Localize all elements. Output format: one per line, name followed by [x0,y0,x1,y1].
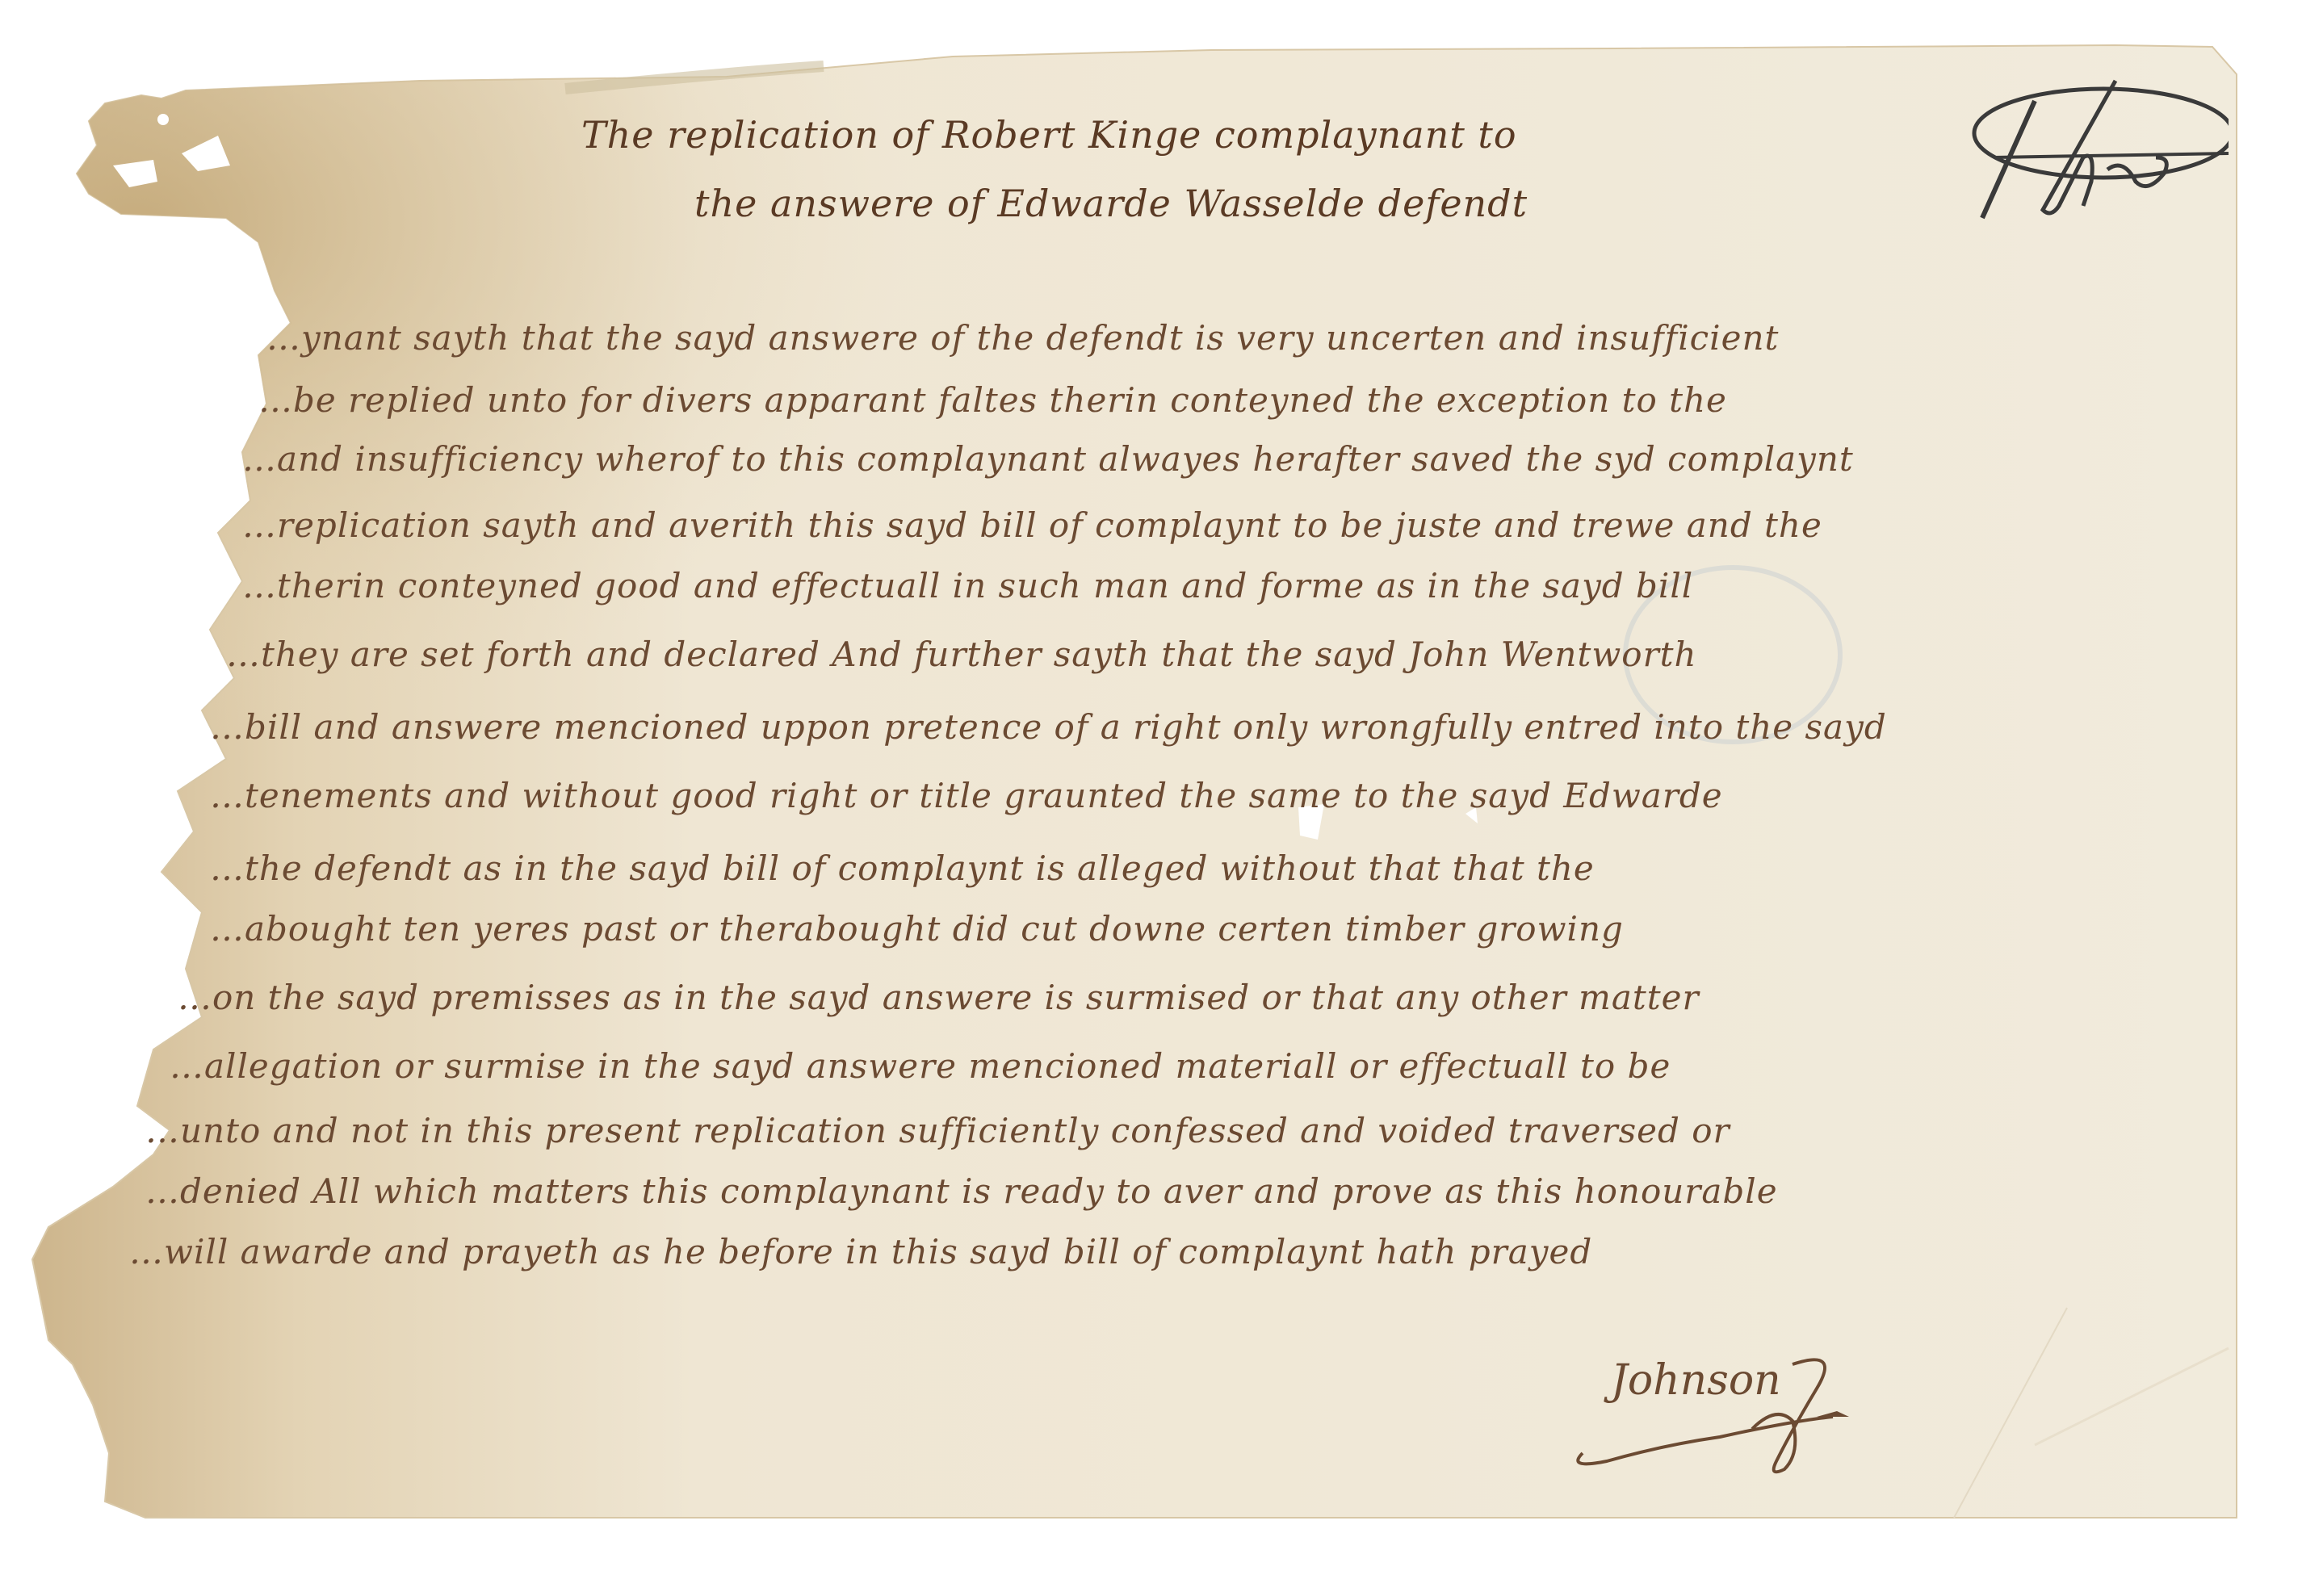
body-line-10: …abought ten yeres past or therabought d… [210,912,1624,946]
body-line-4: …replication sayth and averith this sayd… [242,509,1822,542]
body-line-3: …and insufficiency wherof to this compla… [242,442,1854,476]
pencil-annotation-mark [1962,69,2229,222]
body-line-12: …allegation or surmise in the sayd answe… [170,1049,1671,1083]
body-line-6: …they are set forth and declared And fur… [226,638,1697,672]
signature-flourish [1550,1340,1889,1485]
body-line-11: …on the sayd premisses as in the sayd an… [178,981,1700,1015]
body-line-5: …therin conteyned good and effectuall in… [242,569,1693,603]
heading-line-1: The replication of Robert Kinge complayn… [581,113,1517,157]
heading-line-2: the answere of Edwarde Wasselde defendt [694,182,1528,225]
body-line-13: …unto and not in this present replicatio… [145,1114,1730,1148]
body-line-2: …be replied unto for divers apparant fal… [258,383,1727,417]
body-line-7: …bill and answere mencioned uppon preten… [210,710,1887,744]
body-line-9: …the defendt as in the sayd bill of comp… [210,852,1595,886]
signature: Johnson [1550,1340,1889,1485]
body-line-14: …denied All which matters this complayna… [145,1175,1778,1209]
body-line-8: …tenements and without good right or tit… [210,779,1723,813]
body-line-15: …will awarde and prayeth as he before in… [129,1235,1592,1269]
body-line-1: …ynant sayth that the sayd answere of th… [266,321,1779,355]
